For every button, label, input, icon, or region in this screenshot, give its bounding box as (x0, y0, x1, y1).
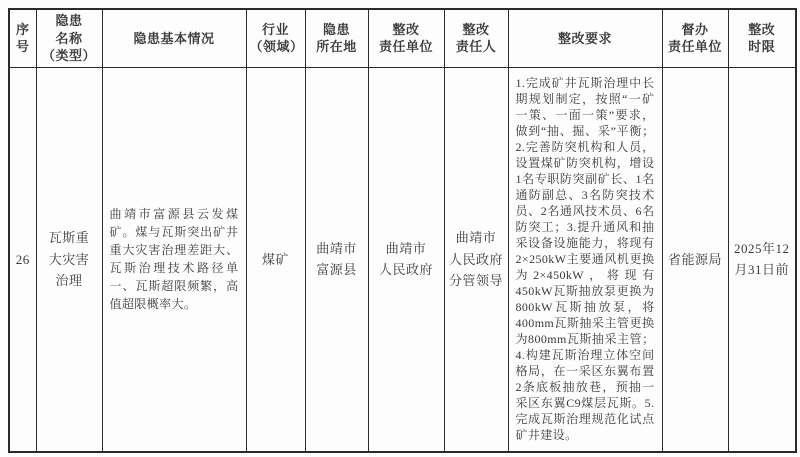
col-header-industry: 行业 （领域） (246, 9, 305, 67)
cell-requirements: 1.完成矿井瓦斯治理中长期规划制定，按照“一矿一策、一面一策”要求，做到“抽、掘… (508, 67, 662, 452)
col-header-seq: 序 号 (9, 9, 36, 67)
hazard-rectification-table: 序 号 隐患 名称 （类型） 隐患基本情况 行业 （领域） 隐患 所在地 整改 … (8, 8, 797, 453)
col-header-rectify-unit: 整改 责任单位 (368, 9, 444, 67)
col-header-requirements: 整改要求 (508, 9, 662, 67)
col-header-location: 隐患 所在地 (305, 9, 368, 67)
cell-basic-info: 曲靖市富源县云发煤矿。煤与瓦斯突出矿井重大灾害治理差距大、瓦斯治理技术路径单一、… (102, 67, 246, 452)
cell-seq: 26 (9, 67, 36, 452)
col-header-rectify-person: 整改 责任人 (444, 9, 508, 67)
cell-location: 曲靖市 富源县 (305, 67, 368, 452)
col-header-deadline: 整改 时限 (728, 9, 796, 67)
col-header-basic-info: 隐患基本情况 (102, 9, 246, 67)
cell-rectify-person: 曲靖市 人民政府 分管领导 (444, 67, 508, 452)
cell-deadline: 2025年12月31日前 (728, 67, 796, 452)
cell-industry: 煤矿 (246, 67, 305, 452)
cell-rectify-unit: 曲靖市 人民政府 (368, 67, 444, 452)
col-header-hazard-name: 隐患 名称 （类型） (36, 9, 102, 67)
table-header-row: 序 号 隐患 名称 （类型） 隐患基本情况 行业 （领域） 隐患 所在地 整改 … (9, 9, 796, 67)
table-row: 26 瓦斯重 大灾害 治理 曲靖市富源县云发煤矿。煤与瓦斯突出矿井重大灾害治理差… (9, 67, 796, 452)
col-header-supervise-unit: 督办 责任单位 (662, 9, 728, 67)
cell-supervise-unit: 省能源局 (662, 67, 728, 452)
cell-hazard-name: 瓦斯重 大灾害 治理 (36, 67, 102, 452)
